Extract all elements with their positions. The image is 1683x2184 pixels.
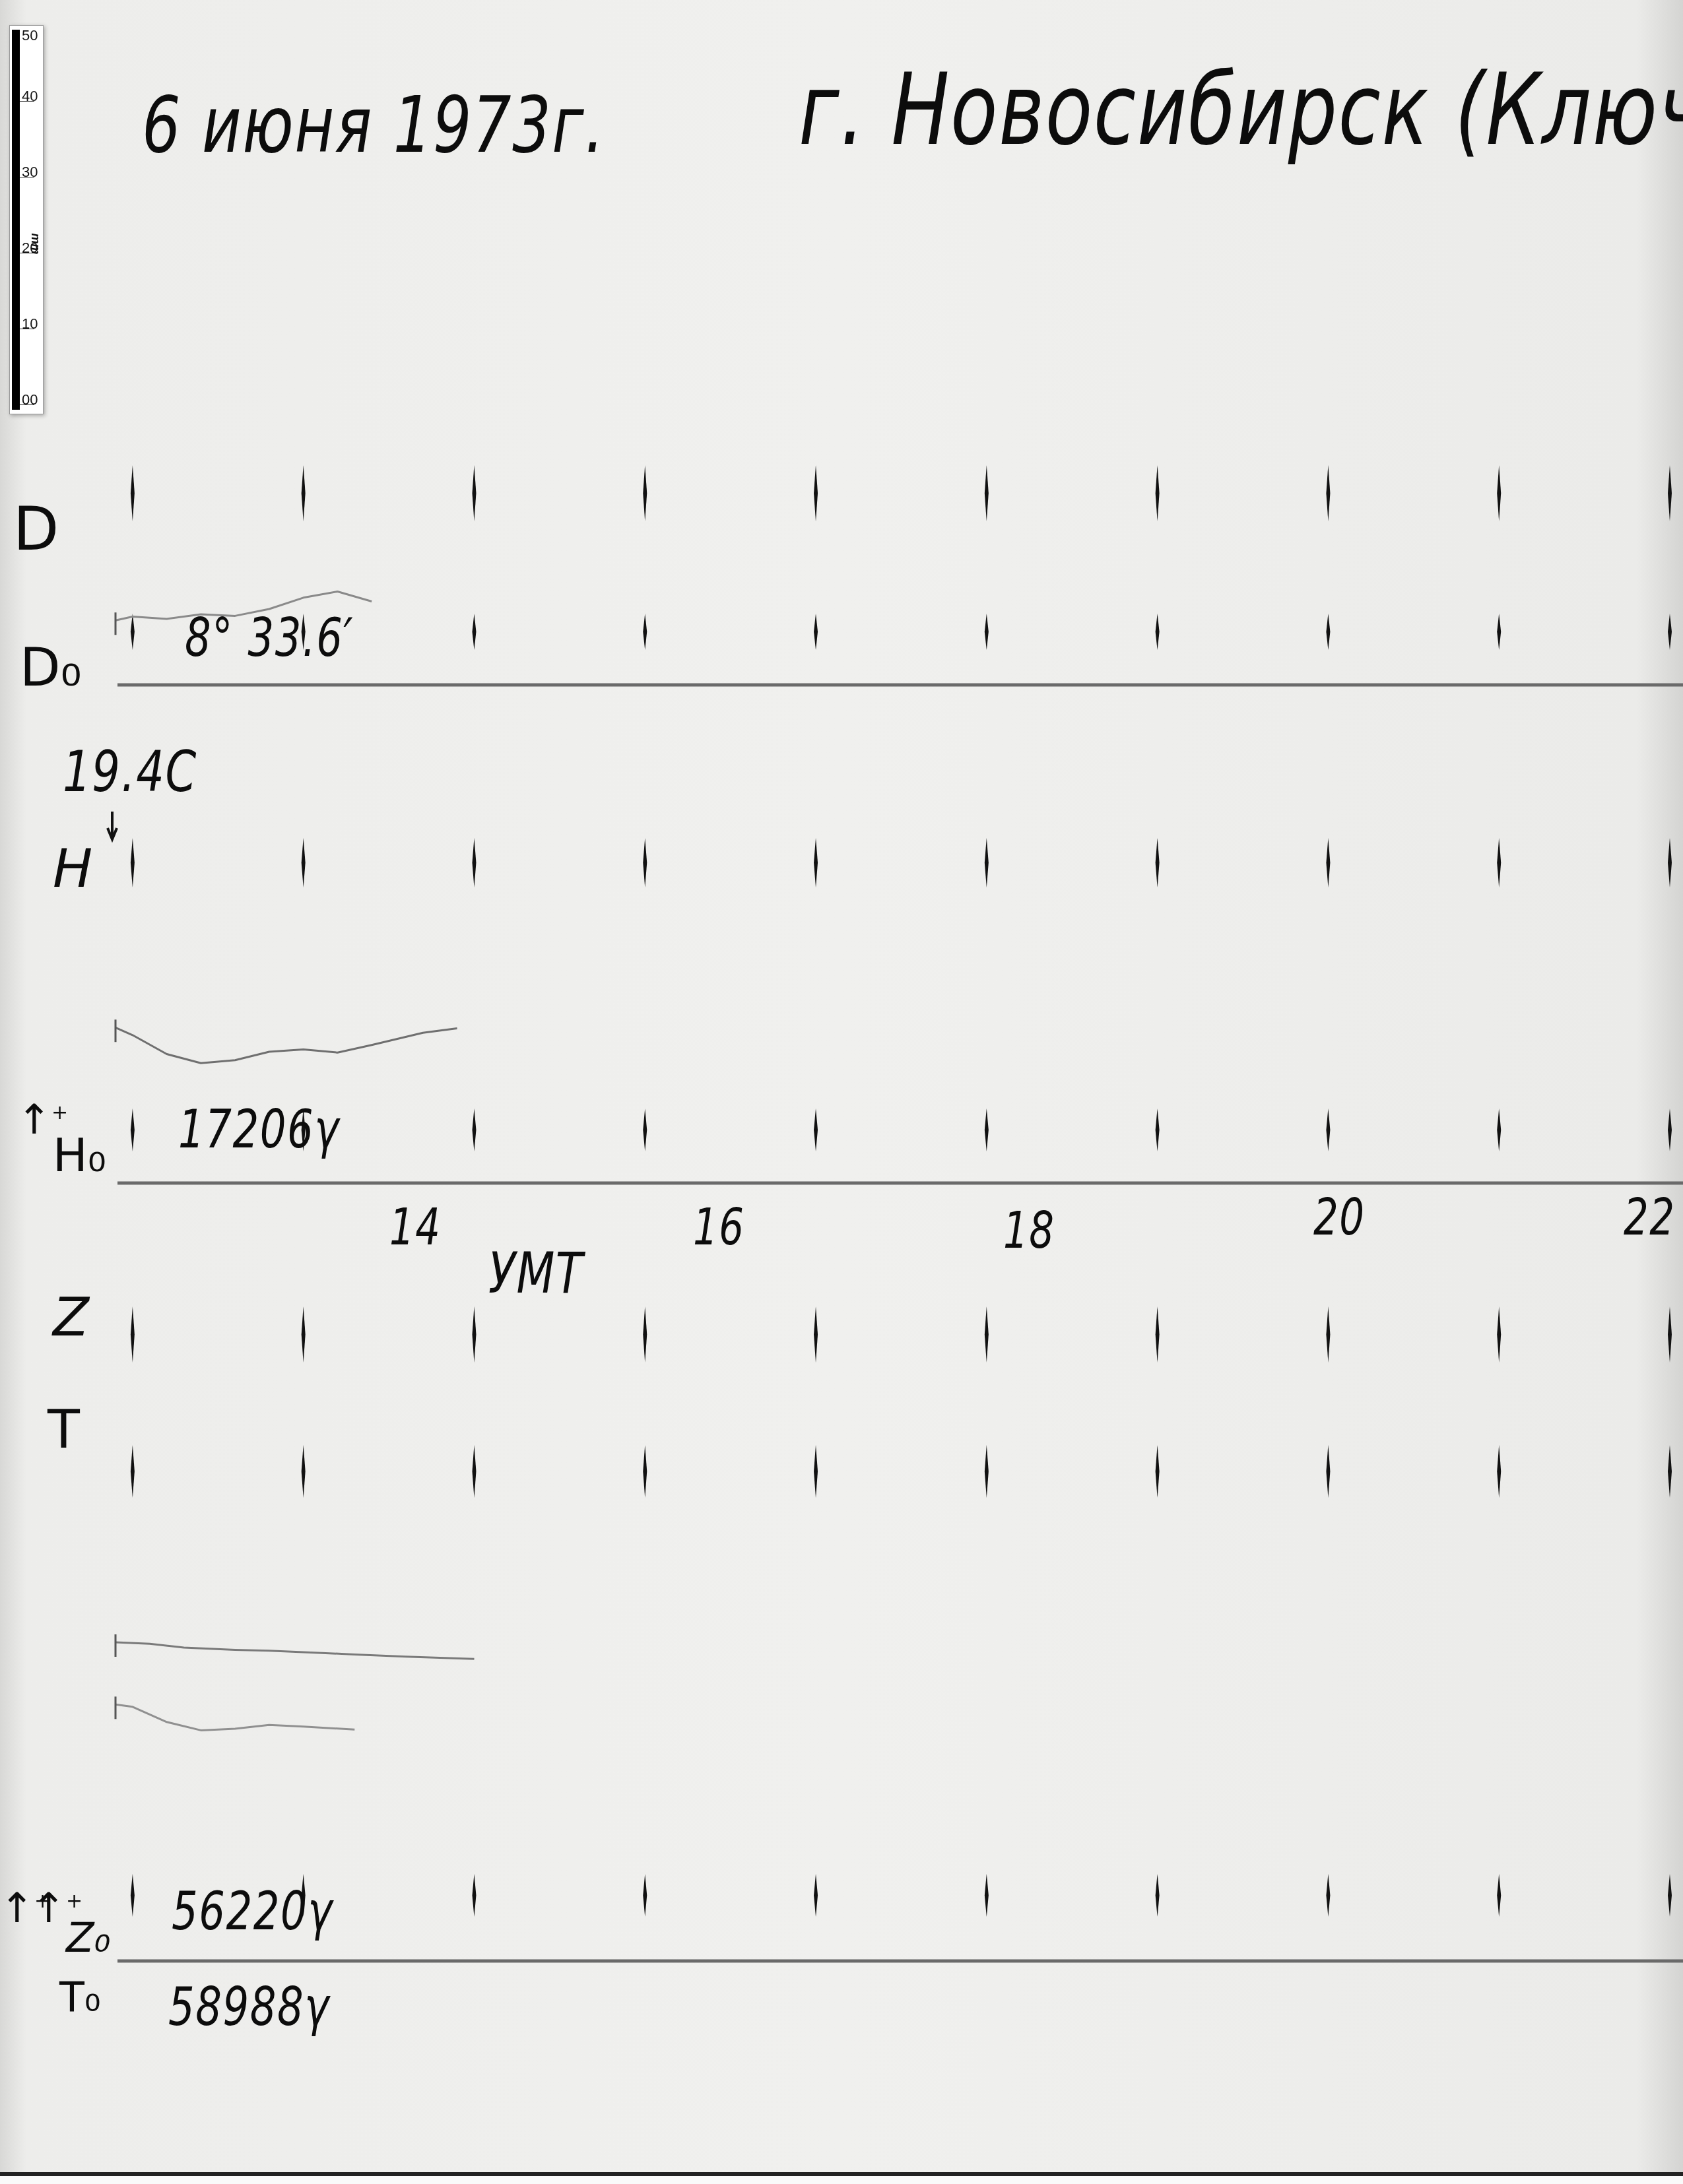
hour-mark [814, 1445, 818, 1498]
hour-mark [985, 465, 989, 521]
hour-mark [1497, 1306, 1501, 1363]
hour-mark [985, 1108, 989, 1151]
hour-mark [814, 465, 818, 521]
hour-mark [472, 614, 476, 650]
hour-mark [1156, 465, 1160, 521]
trace-z [115, 1642, 475, 1659]
hour-mark [472, 465, 476, 521]
hour-mark [472, 838, 476, 887]
hour-mark [131, 1108, 135, 1151]
hour-mark [302, 1306, 306, 1363]
hour-mark [1497, 614, 1501, 650]
hour-mark [1668, 1108, 1672, 1151]
hour-mark [1668, 465, 1672, 521]
hour-mark [1156, 1445, 1160, 1498]
hour-mark [1326, 465, 1330, 521]
hour-mark [814, 614, 818, 650]
hour-mark [985, 1874, 989, 1917]
hour-mark [131, 1874, 135, 1917]
baseline-label-z0: Z₀ [66, 1913, 110, 1962]
hour-mark [131, 838, 135, 887]
hour-mark [643, 614, 647, 650]
baseline-value-h0: 17206γ [178, 1099, 340, 1160]
hour-mark [1497, 1108, 1501, 1151]
baseline-label-h0: H₀ [53, 1128, 106, 1182]
hour-mark [131, 614, 135, 650]
hour-mark [985, 614, 989, 650]
hour-mark [1326, 1874, 1330, 1917]
channel-label-d: D [13, 495, 59, 564]
hour-mark [1156, 614, 1160, 650]
hour-mark [643, 838, 647, 887]
baseline-value-t0: 58988γ [168, 1976, 330, 2038]
hour-mark [814, 838, 818, 887]
hour-mark [1668, 1445, 1672, 1498]
hour-mark [1326, 1445, 1330, 1498]
x-tick-20: 20 [1313, 1188, 1366, 1246]
hour-mark [1326, 1108, 1330, 1151]
hour-mark [1156, 1108, 1160, 1151]
hour-mark [302, 465, 306, 521]
scanner-strip [0, 2176, 1683, 2184]
hour-mark [1326, 838, 1330, 887]
hour-mark [1326, 614, 1330, 650]
hour-mark [1156, 1306, 1160, 1363]
x-axis-label-umt: УМТ [488, 1240, 583, 1306]
hour-mark [643, 1445, 647, 1498]
hour-mark [814, 1874, 818, 1917]
hour-mark [643, 1874, 647, 1917]
hour-mark [1497, 1874, 1501, 1917]
hour-mark [814, 1108, 818, 1151]
start-time-annotation: 19.4C [63, 739, 197, 805]
hour-mark [1668, 838, 1672, 887]
x-tick-22: 22 [1624, 1188, 1676, 1246]
channel-label-h: H [53, 838, 92, 899]
hour-mark [1156, 838, 1160, 887]
hour-mark [643, 1306, 647, 1363]
trace-h [115, 1027, 457, 1063]
hour-mark [1326, 1306, 1330, 1363]
hour-mark [1497, 465, 1501, 521]
hour-mark [643, 1108, 647, 1151]
hour-mark [985, 838, 989, 887]
trace-t [115, 1704, 354, 1730]
hour-mark [472, 1108, 476, 1151]
hour-mark [643, 465, 647, 521]
hour-mark [1497, 1445, 1501, 1498]
magnetogram-chart [0, 0, 1683, 2184]
start-time-arrow-icon [108, 812, 117, 839]
hour-mark [131, 465, 135, 521]
baseline-label-t0: T₀ [59, 1973, 101, 2021]
hour-mark [1497, 838, 1501, 887]
x-tick-18: 18 [1003, 1201, 1055, 1260]
hour-mark [472, 1445, 476, 1498]
x-tick-14: 14 [389, 1198, 442, 1256]
channel-label-t: T [48, 1399, 80, 1460]
baseline-label-d0: D₀ [20, 637, 82, 698]
hour-mark [302, 1445, 306, 1498]
x-tick-16: 16 [693, 1198, 745, 1256]
channel-label-z: Z [53, 1287, 89, 1348]
hour-mark [985, 1445, 989, 1498]
baseline-value-z0: 56220γ [172, 1880, 333, 1942]
hour-mark [1668, 1306, 1672, 1363]
hour-mark [814, 1306, 818, 1363]
hour-mark [131, 1445, 135, 1498]
baseline-value-d0: 8° 33.6′ [185, 607, 354, 668]
hour-mark [1668, 1874, 1672, 1917]
hour-mark [1156, 1874, 1160, 1917]
hour-mark [302, 838, 306, 887]
hour-mark [985, 1306, 989, 1363]
hour-mark [1668, 614, 1672, 650]
hour-mark [472, 1306, 476, 1363]
hour-mark [472, 1874, 476, 1917]
hour-mark [131, 1306, 135, 1363]
